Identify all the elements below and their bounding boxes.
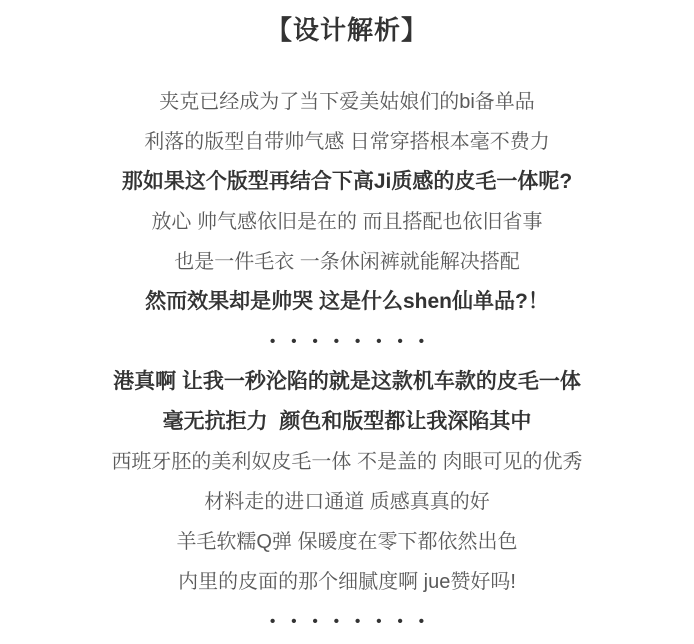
page-title: 【设计解析】	[0, 0, 694, 48]
text-line: 放心 帅气感依旧是在的 而且搭配也依旧省事	[0, 202, 694, 242]
text-line: 夹克已经成为了当下爱美姑娘们的bi备单品	[0, 82, 694, 122]
text-line-emphasis: 那如果这个版型再结合下高Ji质感的皮毛一体呢?	[0, 162, 694, 202]
text-line: 内里的皮面的那个细腻度啊 jue赞好吗!	[0, 562, 694, 602]
text-line: 也是一件毛衣 一条休闲裤就能解决搭配	[0, 242, 694, 282]
dots-separator: ••••••••	[0, 602, 694, 642]
dots-separator: ••••••••	[0, 322, 694, 362]
text-line-emphasis: 然而效果却是帅哭 这是什么shen仙单品?！	[0, 282, 694, 322]
text-line: 材料走的进口通道 质感真真的好	[0, 482, 694, 522]
text-line-emphasis: 港真啊 让我一秒沦陷的就是这款机车款的皮毛一体	[0, 362, 694, 402]
text-line: 羊毛软糯Q弹 保暖度在零下都依然出色	[0, 522, 694, 562]
design-analysis-page: 【设计解析】 夹克已经成为了当下爱美姑娘们的bi备单品 利落的版型自带帅气感 日…	[0, 0, 694, 644]
article-body: 夹克已经成为了当下爱美姑娘们的bi备单品 利落的版型自带帅气感 日常穿搭根本毫不…	[0, 82, 694, 642]
text-line: 西班牙胚的美利奴皮毛一体 不是盖的 肉眼可见的优秀	[0, 442, 694, 482]
text-line: 利落的版型自带帅气感 日常穿搭根本毫不费力	[0, 122, 694, 162]
text-line-emphasis: 毫无抗拒力 颜色和版型都让我深陷其中	[0, 402, 694, 442]
